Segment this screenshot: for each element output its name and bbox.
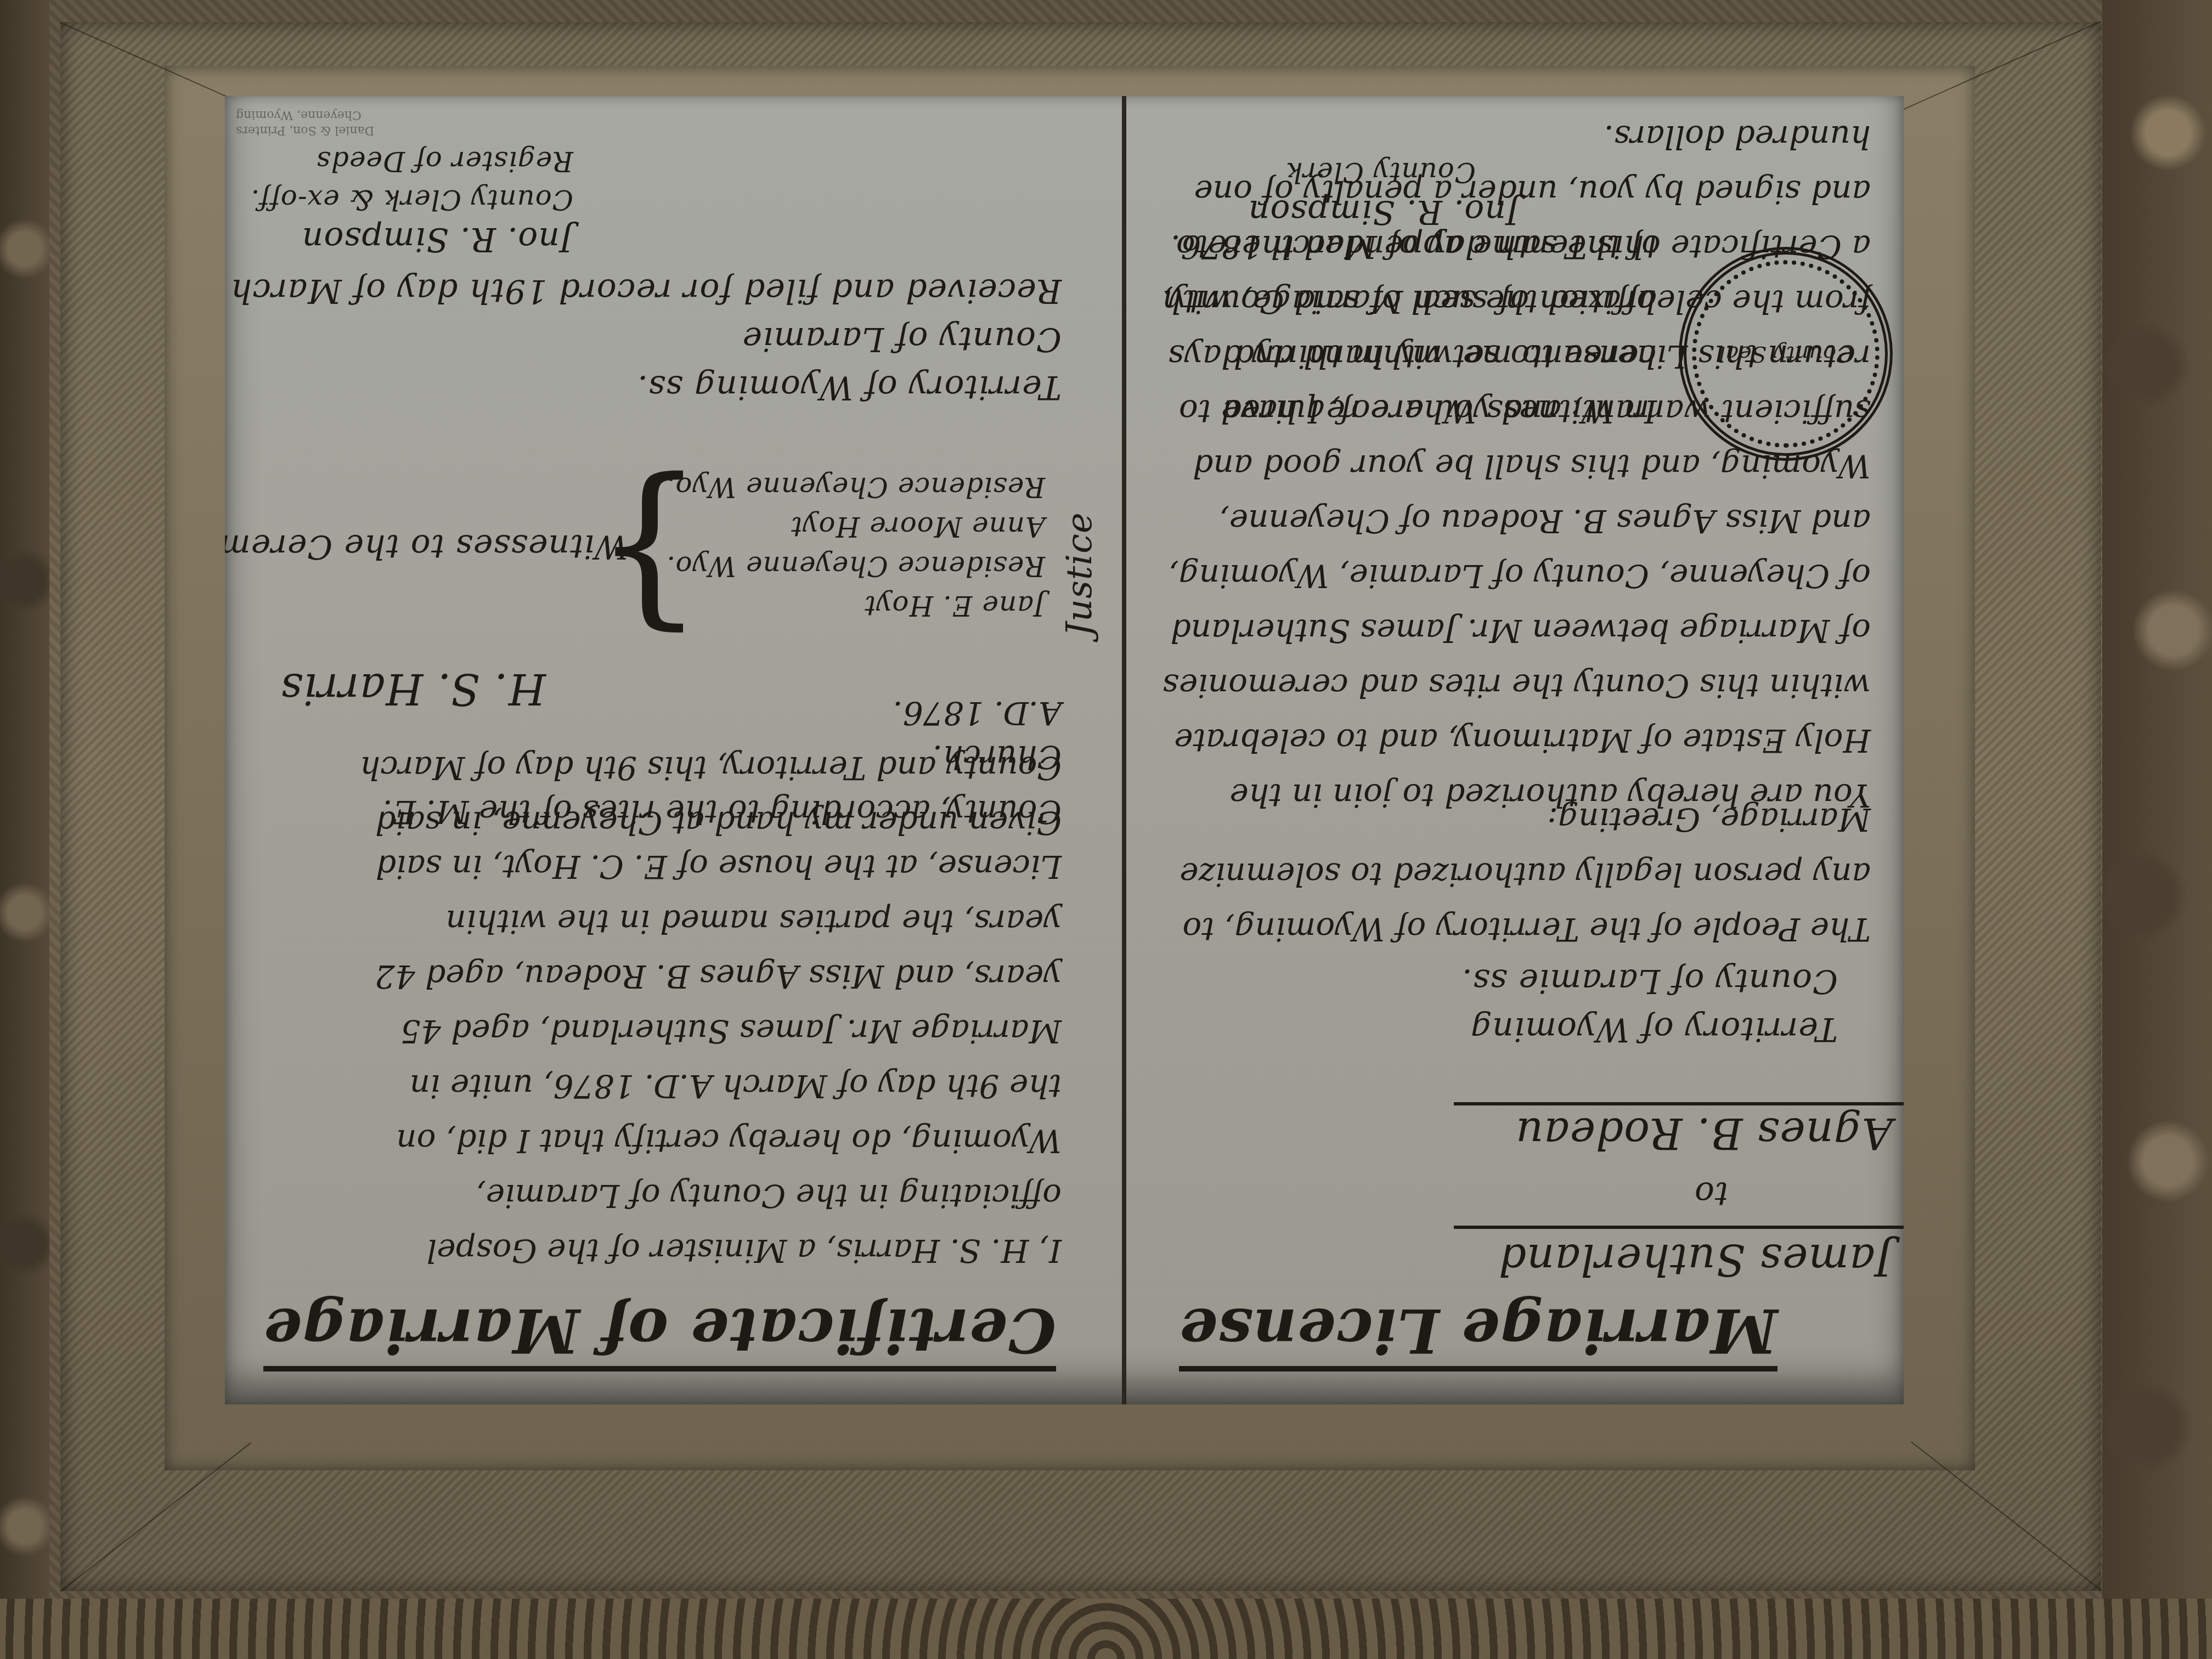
filing-text: Received and filed for record 19th day o… bbox=[225, 267, 1062, 315]
frame-ornament-bottom bbox=[0, 1599, 2212, 1659]
license-title: Marriage License bbox=[1179, 1295, 1778, 1372]
greeting-county: County of Laramie ss. bbox=[1462, 957, 1838, 1005]
witness-2-name: Anne Moore Hoyt bbox=[791, 507, 1045, 546]
and-label: to bbox=[1694, 1170, 1728, 1218]
clerk-title-left-2: Register of Deeds bbox=[316, 142, 573, 181]
witness-clause: In Witness Whereof, I have hereunto set … bbox=[1163, 219, 1657, 439]
witness-1-name: Jane E. Hoyt bbox=[864, 586, 1045, 625]
witnesses-label: Witnesses to the Ceremony bbox=[225, 522, 628, 571]
greeting-territory: Territory of Wyoming bbox=[1470, 1005, 1838, 1053]
groom-name: James Sutherland bbox=[1498, 1234, 1893, 1284]
bride-name: Agnes B. Rodeau bbox=[1515, 1108, 1893, 1158]
license-page: Marriage License James Sutherland to Agn… bbox=[1126, 96, 1904, 1404]
county-seal: County Seal bbox=[1679, 247, 1893, 461]
seal-text: County Seal bbox=[1718, 341, 1853, 366]
frame-ornament-right bbox=[2102, 0, 2212, 1659]
clerk-title-right: County Clerk bbox=[1285, 153, 1476, 192]
filing-county: County of Laramie bbox=[742, 315, 1062, 363]
justice-label: Justice bbox=[1059, 512, 1100, 636]
officiant-signature: H. S. Harris bbox=[280, 664, 546, 713]
page-divider bbox=[1122, 96, 1126, 1404]
witness-1-residence: Residence Cheyenne Wyo. bbox=[666, 546, 1045, 586]
witness-2-residence: Residence Cheyenne Wyo. bbox=[666, 467, 1045, 507]
clerk-signature-right: Jno. R. Simpson bbox=[1248, 188, 1520, 236]
clerk-title-left-1: County Clerk & ex-off. bbox=[251, 180, 573, 219]
name-rule-2 bbox=[1454, 1102, 1904, 1105]
name-rule-1 bbox=[1454, 1226, 1904, 1229]
certificate-title: Certificate of Marriage bbox=[263, 1295, 1056, 1372]
frame-ornament-left bbox=[0, 0, 49, 1659]
certificate-page: Daniel & Son, Printers Cheyenne, Wyoming… bbox=[225, 96, 1122, 1404]
clerk-signature-left: Jno. R. Simpson bbox=[302, 215, 573, 263]
filing-territory: Territory of Wyoming ss. bbox=[637, 363, 1062, 411]
marriage-document: Daniel & Son, Printers Cheyenne, Wyoming… bbox=[225, 96, 1904, 1404]
